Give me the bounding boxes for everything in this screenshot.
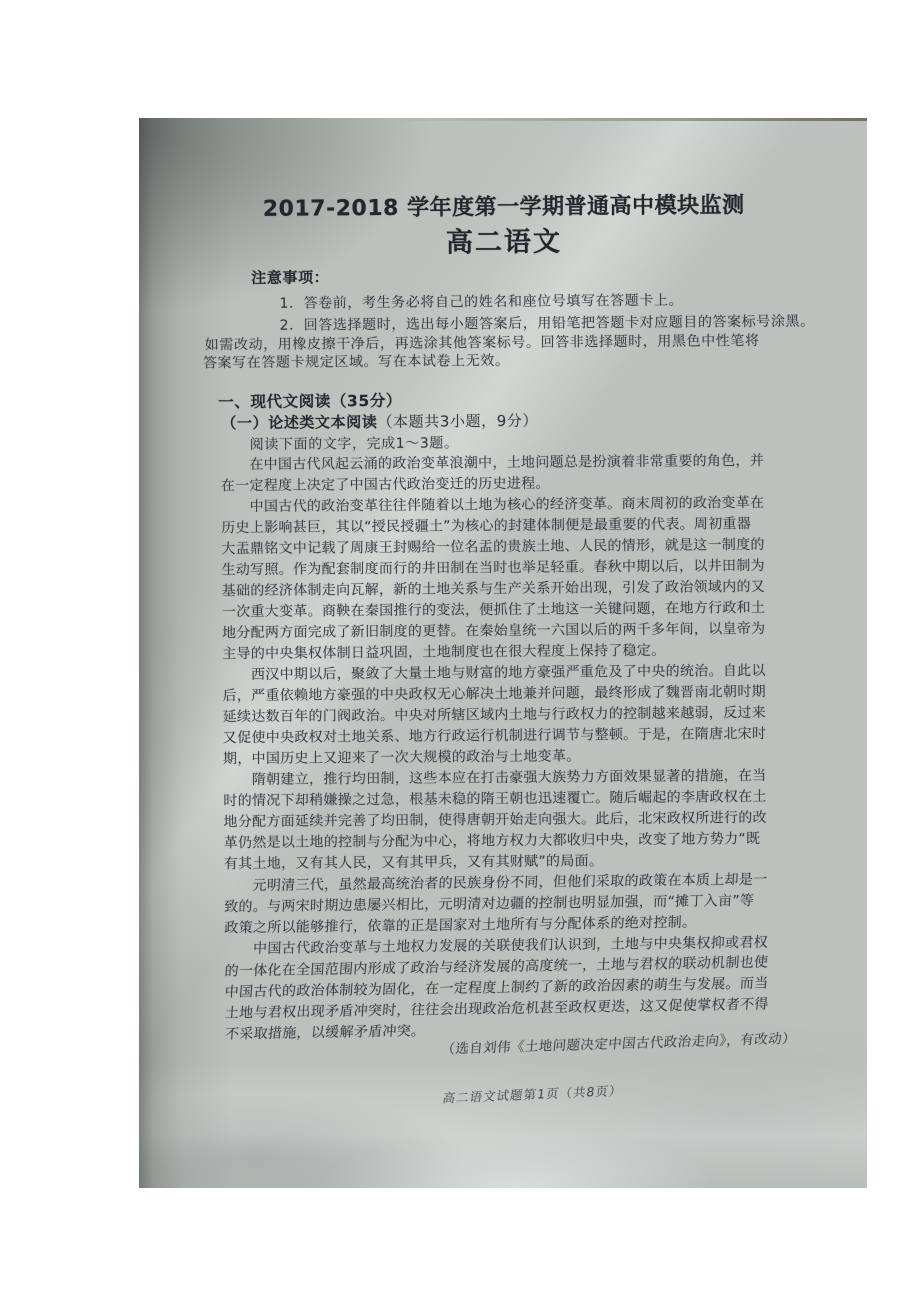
- section-heading: 一、现代文阅读（35分）: [218, 389, 402, 412]
- subsection-heading-note: （本题共3小题，9分）: [377, 412, 538, 431]
- subsection-heading-title: （一）论述类文本阅读: [221, 413, 377, 432]
- exam-page-content: 2017-2018 学年度第一学期普通高中模块监测 高二语文 注意事项： 1．答…: [139, 115, 875, 1191]
- notice-item-1: 1．答卷前，考生务必将自己的姓名和座位号填写在答题卡上。: [279, 290, 683, 313]
- page-footer: 高二语文试题第1页（共8页）: [382, 1078, 684, 1109]
- notice-item-2-continuation: 答案写在答题卡规定区域。写在本试卷上无效。: [203, 350, 510, 372]
- passage-line: 又促使中央政权对土地关系、地方行政运行机制进行调节与整顿。于是，在隋唐北宋时: [223, 724, 767, 749]
- photo-background: 2017-2018 学年度第一学期普通高中模块监测 高二语文 注意事项： 1．答…: [0, 0, 920, 1302]
- paper-photo: 2017-2018 学年度第一学期普通高中模块监测 高二语文 注意事项： 1．答…: [139, 118, 867, 1188]
- passage-text: 在中国古代风起云涌的政治变革浪潮中，土地问题总是扮演着非常重要的角色，并在一定程…: [221, 451, 769, 1043]
- passage-line: 革仍然是以土地的控制与分配为中心，将地方权力大都收归中央，改变了地方势力“既: [224, 829, 768, 854]
- subsection-heading: （一）论述类文本阅读（本题共3小题，9分）: [221, 410, 538, 433]
- reading-instruction: 阅读下面的文字，完成1～3题。: [220, 432, 458, 454]
- notice-heading: 注意事项：: [251, 266, 329, 288]
- passage-line: 在中国古代风起云涌的政治变革浪潮中，土地问题总是扮演着非常重要的角色，并: [221, 451, 765, 476]
- passage-line: 地分配两方面完成了新旧制度的更替。在秦始皇统一六国以后的两千多年间，以皇帝为: [222, 619, 766, 644]
- exam-subtitle: 高二语文: [140, 217, 868, 262]
